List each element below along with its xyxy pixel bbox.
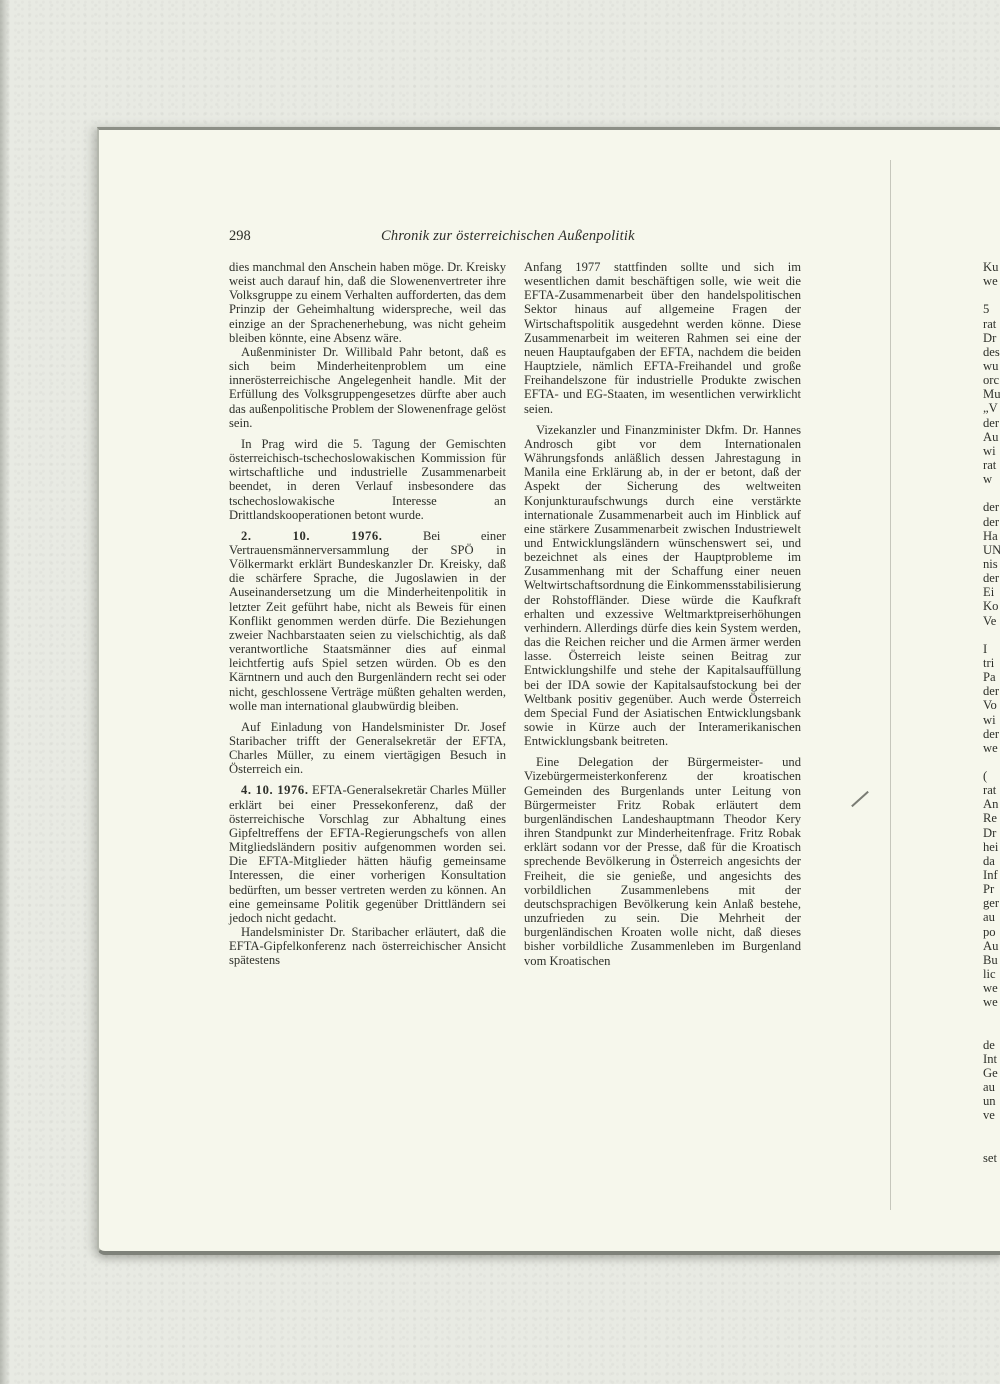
fragment-line — [983, 1137, 1000, 1151]
paragraph: Anfang 1977 stattfinden sollte und sich … — [524, 260, 801, 416]
fragment-line: rat — [983, 317, 1000, 331]
paragraph: dies manchmal den Anschein haben möge. D… — [229, 260, 506, 345]
pencil-mark — [851, 791, 869, 807]
paragraph: Auf Einladung von Handelsminister Dr. Jo… — [229, 720, 506, 777]
fragment-line — [983, 628, 1000, 642]
fragment-line: ve — [983, 1108, 1000, 1122]
fragment-line: Ei — [983, 585, 1000, 599]
fragment-line: Ge — [983, 1066, 1000, 1080]
dated-entry: 2. 10. 1976. Bei einer Vertrauensmännerv… — [229, 529, 506, 713]
fragment-line — [983, 1123, 1000, 1137]
fragment-line: des — [983, 345, 1000, 359]
fragment-line: Pr — [983, 882, 1000, 896]
fragment-line: un — [983, 1094, 1000, 1108]
fragment-line: rat — [983, 783, 1000, 797]
text-column-left: dies manchmal den Anschein haben möge. D… — [229, 260, 506, 968]
fragment-line: Dr — [983, 826, 1000, 840]
paragraph-text: In Prag wird die 5. Tagung der Gemischte… — [229, 437, 506, 522]
fragment-line: we — [983, 981, 1000, 995]
paragraph-text: Außenminister Dr. Willibald Pahr betont,… — [229, 345, 506, 430]
text-column-right: Anfang 1977 stattfinden sollte und sich … — [524, 260, 801, 968]
fragment-line: au — [983, 910, 1000, 924]
fragment-line: Au — [983, 430, 1000, 444]
fragment-line: Au — [983, 939, 1000, 953]
fragment-line: tri — [983, 656, 1000, 670]
page-gutter-line — [890, 160, 891, 1210]
fragment-line: der — [983, 416, 1000, 430]
fragment-line: „V — [983, 401, 1000, 415]
fragment-line: 5 — [983, 302, 1000, 316]
fragment-line: we — [983, 741, 1000, 755]
fragment-line: UN — [983, 543, 1000, 557]
fragment-line — [983, 755, 1000, 769]
fragment-line: wi — [983, 444, 1000, 458]
fragment-line — [983, 1009, 1000, 1023]
fragment-line: Int — [983, 1052, 1000, 1066]
scan-edge-shadow — [0, 0, 10, 1384]
fragment-line: Mu — [983, 387, 1000, 401]
fragment-line: Pa — [983, 670, 1000, 684]
fragment-line: Ko — [983, 599, 1000, 613]
fragment-line: Vo — [983, 698, 1000, 712]
fragment-line: der — [983, 515, 1000, 529]
fragment-line: ger — [983, 896, 1000, 910]
dated-entry: 4. 10. 1976. EFTA-Generalsekretär Charle… — [229, 783, 506, 925]
fragment-line: hei — [983, 840, 1000, 854]
paragraph-text: dies manchmal den Anschein haben möge. D… — [229, 260, 506, 345]
fragment-line: nis — [983, 557, 1000, 571]
fragment-line: Ku — [983, 260, 1000, 274]
fragment-line: we — [983, 995, 1000, 1009]
fragment-line: w — [983, 472, 1000, 486]
paragraph: Außenminister Dr. Willibald Pahr betont,… — [229, 345, 506, 430]
paragraph-text: Eine Delegation der Bürgermeister- und V… — [524, 755, 801, 967]
running-title: Chronik zur österreichischen Außenpoliti… — [381, 228, 635, 245]
fragment-line: de — [983, 1038, 1000, 1052]
running-head: 298 Chronik zur österreichischen Außenpo… — [229, 228, 645, 248]
paragraph-text: Handelsminister Dr. Staribacher erläuter… — [229, 925, 506, 967]
paragraph-text: Anfang 1977 stattfinden sollte und sich … — [524, 260, 801, 416]
fragment-line: we — [983, 274, 1000, 288]
paragraph: In Prag wird die 5. Tagung der Gemischte… — [229, 437, 506, 522]
fragment-line: orc — [983, 373, 1000, 387]
fragment-line: rat — [983, 458, 1000, 472]
fragment-line: Ve — [983, 614, 1000, 628]
paragraph: Handelsminister Dr. Staribacher erläuter… — [229, 925, 506, 967]
adjacent-page-fragment: Kuwe5ratDrdeswuorcMu„VderAuwiratwderderH… — [983, 260, 1000, 1165]
fragment-line: po — [983, 925, 1000, 939]
fragment-line: Re — [983, 811, 1000, 825]
entry-date: 4. 10. 1976. — [241, 783, 309, 797]
fragment-line: Bu — [983, 953, 1000, 967]
paragraph-text: Vizekanzler und Finanzminister Dkfm. Dr.… — [524, 423, 801, 748]
paragraph: Vizekanzler und Finanzminister Dkfm. Dr.… — [524, 423, 801, 749]
fragment-line: Dr — [983, 331, 1000, 345]
fragment-line: Ha — [983, 529, 1000, 543]
entry-date: 2. 10. 1976. — [241, 529, 383, 543]
paragraph: Eine Delegation der Bürgermeister- und V… — [524, 755, 801, 967]
fragment-line: der — [983, 727, 1000, 741]
paragraph-text: EFTA-Generalsekretär Charles Müller erkl… — [229, 783, 506, 924]
fragment-line: au — [983, 1080, 1000, 1094]
fragment-line: set — [983, 1151, 1000, 1165]
fragment-line — [983, 288, 1000, 302]
fragment-line: lic — [983, 967, 1000, 981]
fragment-line: der — [983, 571, 1000, 585]
fragment-line: wi — [983, 713, 1000, 727]
fragment-line: Inf — [983, 868, 1000, 882]
fragment-line: ( — [983, 769, 1000, 783]
fragment-line: An — [983, 797, 1000, 811]
paragraph-text: Auf Einladung von Handelsminister Dr. Jo… — [229, 720, 506, 776]
fragment-line: I — [983, 642, 1000, 656]
page-number: 298 — [229, 228, 251, 245]
fragment-line: da — [983, 854, 1000, 868]
fragment-line: der — [983, 500, 1000, 514]
fragment-line — [983, 1024, 1000, 1038]
fragment-line: wu — [983, 359, 1000, 373]
paragraph-text: Bei einer Vertrauensmännerversammlung de… — [229, 529, 506, 713]
fragment-line — [983, 486, 1000, 500]
fragment-line: der — [983, 684, 1000, 698]
